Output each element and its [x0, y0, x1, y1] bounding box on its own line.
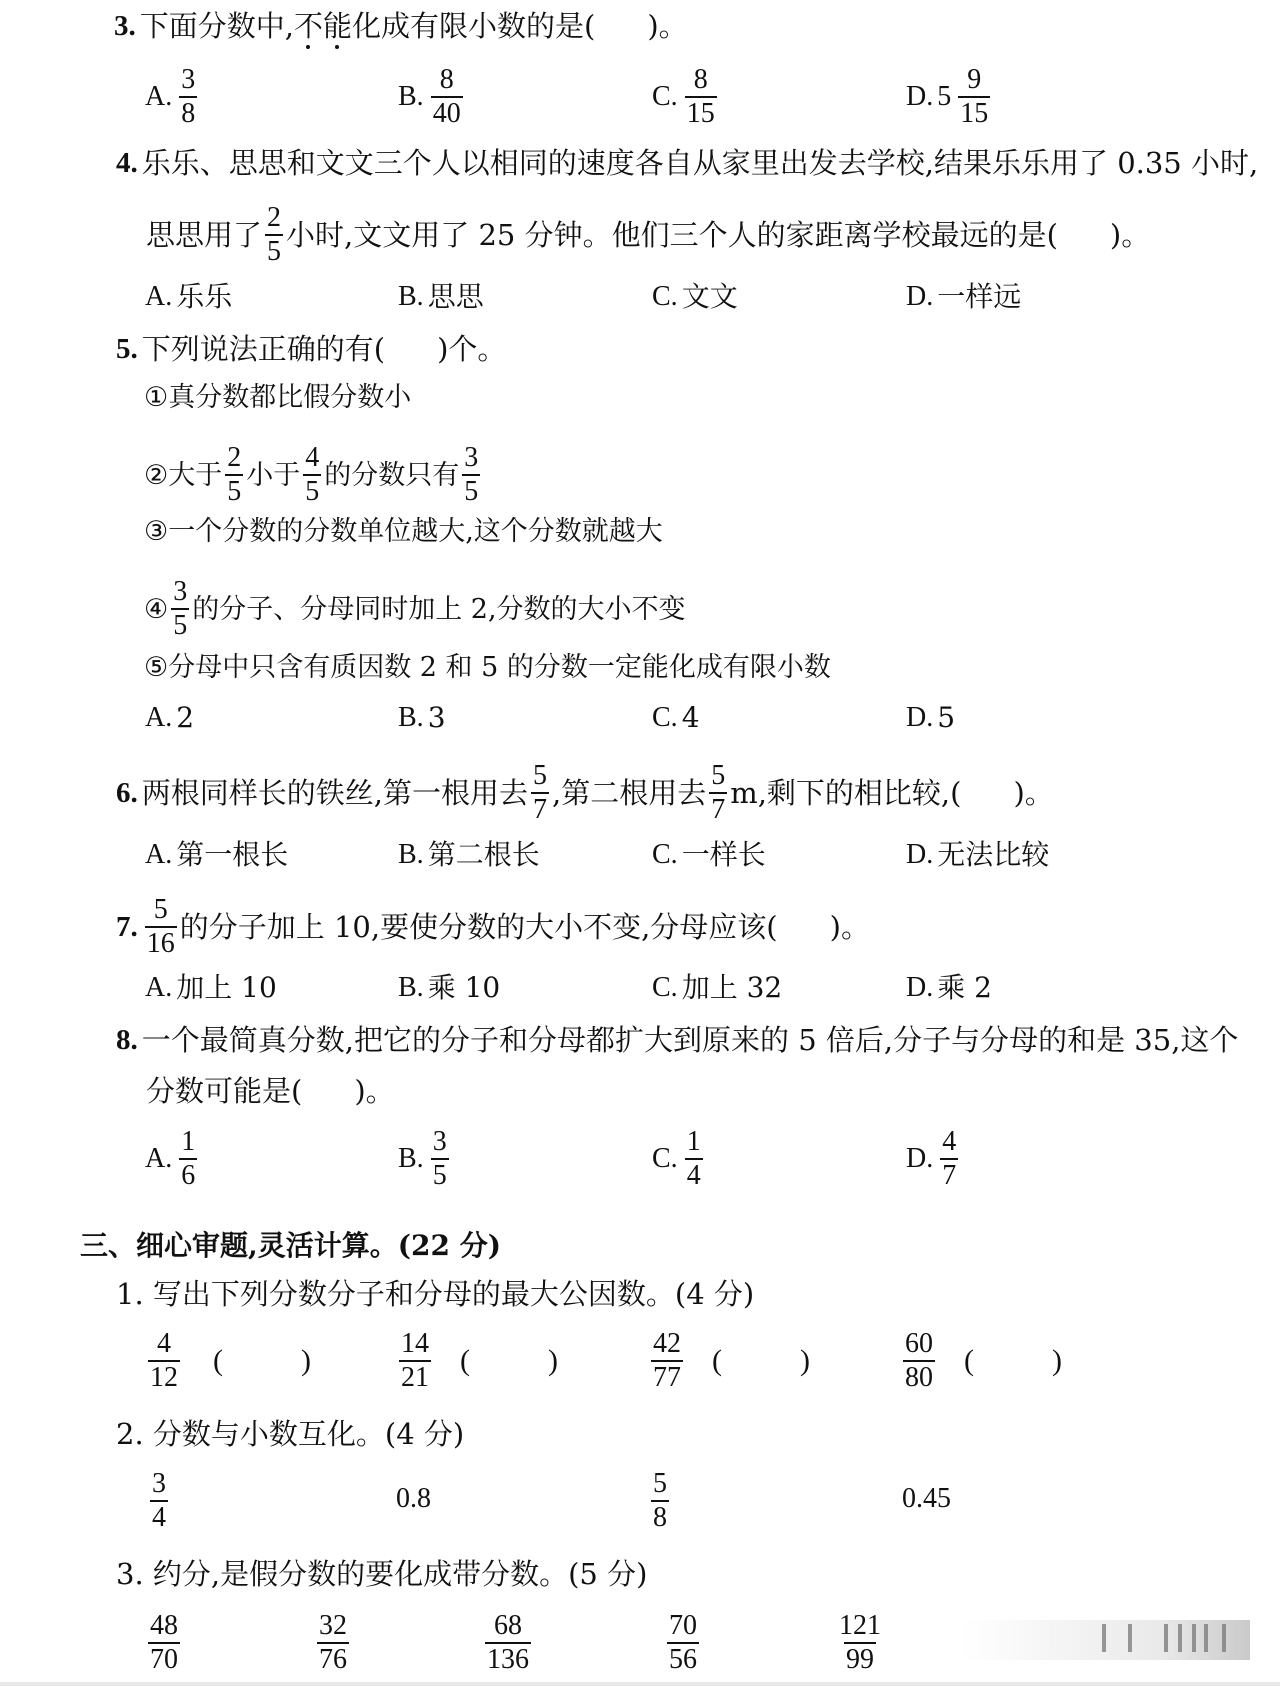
- question-7: 7. 516 的分子加上 10,要使分数的大小不变,分母应该()。: [116, 896, 870, 958]
- conversion-item: 58: [648, 1470, 672, 1532]
- statement-4: ④ 35 的分子、分母同时加上 2,分数的大小不变: [144, 578, 686, 640]
- reduce-item: 3276: [314, 1612, 352, 1674]
- question-text: )。: [647, 12, 687, 41]
- option-c[interactable]: C.一样长: [652, 841, 766, 869]
- statement-1: ①真分数都比假分数小: [144, 384, 411, 411]
- option-label: A.: [145, 83, 172, 111]
- conversion-item: 0.45: [902, 1485, 951, 1513]
- question-number: 6.: [116, 779, 138, 808]
- conversion-item: 0.8: [396, 1485, 431, 1513]
- option-a[interactable]: A.乐乐: [145, 283, 232, 311]
- reduce-item: 12199: [834, 1612, 886, 1674]
- option-d[interactable]: D.47: [906, 1128, 961, 1190]
- reduce-item: 4870: [145, 1612, 183, 1674]
- option-d[interactable]: D. 5 915: [906, 66, 993, 128]
- question-4: 4. 乐乐、思思和文文三个人以相同的速度各自从家里出发去学校,结果乐乐用了 0.…: [116, 149, 1258, 178]
- question-text: 乐乐、思思和文文三个人以相同的速度各自从家里出发去学校,结果乐乐用了 0.35 …: [142, 149, 1258, 178]
- fraction: 25: [265, 204, 283, 266]
- question-text: )个。: [437, 335, 506, 364]
- gcf-item: 1421 (): [396, 1330, 558, 1392]
- gcf-item: 412 (): [145, 1330, 311, 1392]
- fraction: 57: [531, 762, 549, 824]
- option-c[interactable]: C.14: [652, 1128, 706, 1190]
- question-3: 3. 下面分数中,不能化成有限小数的是()。: [114, 12, 688, 41]
- option-label: D.: [906, 83, 933, 111]
- question-5: 5. 下列说法正确的有()个。: [116, 335, 506, 364]
- problem-3-title: 3. 约分,是假分数的要化成带分数。(5 分): [116, 1560, 647, 1589]
- circled-number: ④: [144, 596, 168, 623]
- question-text: 化成有限小数的是(: [352, 12, 595, 41]
- option-d[interactable]: D.乘 2: [906, 974, 992, 1002]
- fraction: 516: [145, 896, 177, 958]
- question-number: 7.: [116, 913, 138, 942]
- question-text: 小时,文文用了 25 分钟。他们三个人的家距离学校最远的是(: [286, 221, 1058, 250]
- option-label: B.: [398, 83, 424, 111]
- option-c[interactable]: C.文文: [652, 283, 738, 311]
- question-8-line2: 分数可能是()。: [146, 1077, 395, 1106]
- option-b[interactable]: B.3: [398, 704, 446, 732]
- option-a[interactable]: A.加上 10: [145, 974, 277, 1002]
- fraction: 915: [958, 66, 990, 128]
- question-text: 下列说法正确的有(: [142, 335, 385, 364]
- question-4-line2: 思思用了 25 小时,文文用了 25 分钟。他们三个人的家距离学校最远的是()。: [146, 204, 1150, 266]
- reduce-item: 68136: [482, 1612, 534, 1674]
- fraction: 45: [303, 444, 321, 506]
- question-text: 下面分数中,: [140, 12, 294, 41]
- option-b[interactable]: B.35: [398, 1128, 452, 1190]
- circled-number: ⑤: [144, 654, 168, 681]
- fraction: 38: [179, 66, 197, 128]
- option-label: C.: [652, 83, 678, 111]
- emphasis-char: 不: [294, 12, 323, 41]
- page-edge: [0, 1682, 1280, 1686]
- gcf-item: 6080 (): [900, 1330, 1062, 1392]
- option-c[interactable]: C.加上 32: [652, 974, 782, 1002]
- option-d[interactable]: D.无法比较: [906, 841, 1049, 869]
- option-b[interactable]: B.思思: [398, 283, 484, 311]
- question-text: 思思用了: [146, 221, 262, 250]
- question-8: 8. 一个最简真分数,把它的分子和分母都扩大到原来的 5 倍后,分子与分母的和是…: [116, 1026, 1238, 1055]
- fraction: 35: [462, 444, 480, 506]
- fraction: 57: [709, 762, 727, 824]
- question-text: )。: [1110, 221, 1150, 250]
- option-a[interactable]: A.2: [145, 704, 194, 732]
- option-c[interactable]: C. 815: [652, 66, 720, 128]
- reduce-item: 7056: [664, 1612, 702, 1674]
- statement-5: ⑤分母中只含有质因数 2 和 5 的分数一定能化成有限小数: [144, 654, 831, 681]
- option-c[interactable]: C.4: [652, 704, 700, 732]
- question-number: 8.: [116, 1026, 138, 1055]
- circled-number: ①: [144, 384, 168, 411]
- fraction: 815: [685, 66, 717, 128]
- fraction: 35: [171, 578, 189, 640]
- option-a[interactable]: A. 38: [145, 66, 200, 128]
- option-b[interactable]: B. 840: [398, 66, 466, 128]
- option-b[interactable]: B.第二根长: [398, 841, 540, 869]
- option-d[interactable]: D.5: [906, 704, 955, 732]
- conversion-item: 34: [147, 1470, 171, 1532]
- option-a[interactable]: A.第一根长: [145, 841, 288, 869]
- option-d[interactable]: D.一样远: [906, 283, 1021, 311]
- question-6: 6. 两根同样长的铁丝,第一根用去 57 ,第二根用去 57 m,剩下的相比较,…: [116, 762, 1054, 824]
- question-number: 5.: [116, 335, 138, 364]
- mixed-whole: 5: [937, 83, 951, 111]
- option-a[interactable]: A.16: [145, 1128, 200, 1190]
- fraction: 840: [431, 66, 463, 128]
- question-number: 3.: [114, 12, 136, 41]
- watermark-logo: [960, 1620, 1250, 1660]
- statement-3: ③一个分数的分数单位越大,这个分数就越大: [144, 518, 663, 545]
- fraction: 25: [225, 444, 243, 506]
- circled-number: ②: [144, 462, 168, 489]
- section-title: 三、细心审题,灵活计算。(22 分): [80, 1232, 501, 1260]
- statement-2: ②大于 25 小于 45 的分数只有 35: [144, 444, 483, 506]
- option-b[interactable]: B.乘 10: [398, 974, 500, 1002]
- problem-2-title: 2. 分数与小数互化。(4 分): [116, 1420, 464, 1449]
- question-number: 4.: [116, 149, 138, 178]
- emphasis-char: 能: [323, 12, 352, 41]
- circled-number: ③: [144, 518, 168, 545]
- gcf-item: 4277 (): [648, 1330, 810, 1392]
- problem-1-title: 1. 写出下列分数分子和分母的最大公因数。(4 分): [116, 1280, 754, 1309]
